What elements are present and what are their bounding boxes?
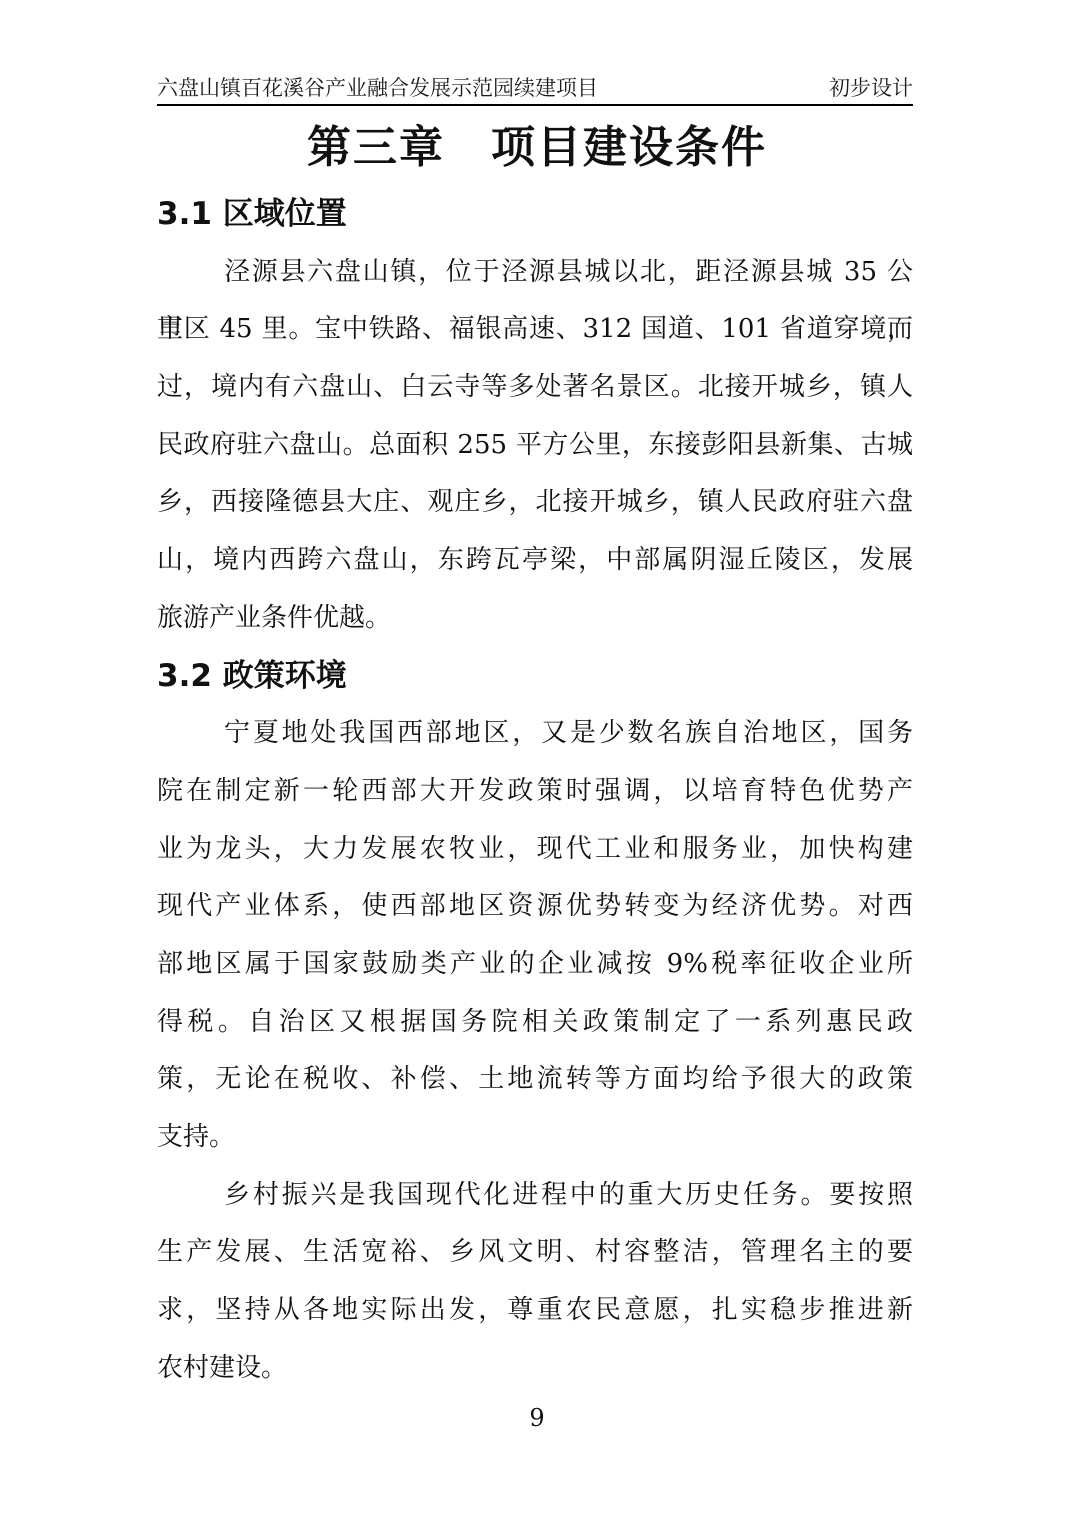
body-line: 求，坚持从各地实际出发，尊重农民意愿，扎实稳步推进新 (157, 1282, 913, 1340)
body-line: 部地区属于国家鼓励类产业的企业减按 9%税率征收企业所 (157, 936, 913, 994)
page-footer: 9 (0, 1400, 1074, 1436)
body-line: 民政府驻六盘山。总面积 255 平方公里，东接彭阳县新集、古城 (157, 417, 913, 475)
body-line: 市区 45 里。宝中铁路、福银高速、312 国道、101 省道穿境而 (157, 301, 913, 359)
section-heading-3-1: 3.1 区域位置 (157, 186, 913, 244)
body-line: 院在制定新一轮西部大开发政策时强调，以培育特色优势产 (157, 763, 913, 821)
body-line: 策，无论在税收、补偿、土地流转等方面均给予很大的政策 (157, 1051, 913, 1109)
body-line: 旅游产业条件优越。 (157, 590, 913, 648)
chapter-title: 第三章 项目建设条件 (0, 120, 1074, 176)
body-line: 乡，西接隆德县大庄、观庄乡，北接开城乡，镇人民政府驻六盘 (157, 474, 913, 532)
header-doc-type: 初步设计 (829, 76, 913, 100)
body-line: 乡村振兴是我国现代化进程中的重大历史任务。要按照 (157, 1167, 913, 1225)
section-heading-3-2: 3.2 政策环境 (157, 648, 913, 706)
document-body: 3.1 区域位置 泾源县六盘山镇，位于泾源县城以北，距泾源县城 35 公里， 市… (157, 186, 913, 1397)
document-page: 六盘山镇百花溪谷产业融合发展示范园续建项目 初步设计 第三章 项目建设条件 3.… (0, 0, 1074, 1520)
body-line: 现代产业体系，使西部地区资源优势转变为经济优势。对西 (157, 878, 913, 936)
body-line: 泾源县六盘山镇，位于泾源县城以北，距泾源县城 35 公里， (157, 244, 913, 302)
body-line: 过，境内有六盘山、白云寺等多处著名景区。北接开城乡，镇人 (157, 359, 913, 417)
body-line: 宁夏地处我国西部地区，又是少数名族自治地区，国务 (157, 705, 913, 763)
header-project-name: 六盘山镇百花溪谷产业融合发展示范园续建项目 (157, 76, 598, 100)
body-line: 生产发展、生活宽裕、乡风文明、村容整洁，管理名主的要 (157, 1224, 913, 1282)
body-line: 农村建设。 (157, 1340, 913, 1398)
page-number: 9 (529, 1404, 544, 1432)
body-line: 得税。自治区又根据国务院相关政策制定了一系列惠民政 (157, 994, 913, 1052)
body-line: 业为龙头，大力发展农牧业，现代工业和服务业，加快构建 (157, 821, 913, 879)
body-line: 支持。 (157, 1109, 913, 1167)
page-header: 六盘山镇百花溪谷产业融合发展示范园续建项目 初步设计 (157, 76, 913, 106)
body-line: 山，境内西跨六盘山，东跨瓦亭梁，中部属阴湿丘陵区，发展 (157, 532, 913, 590)
